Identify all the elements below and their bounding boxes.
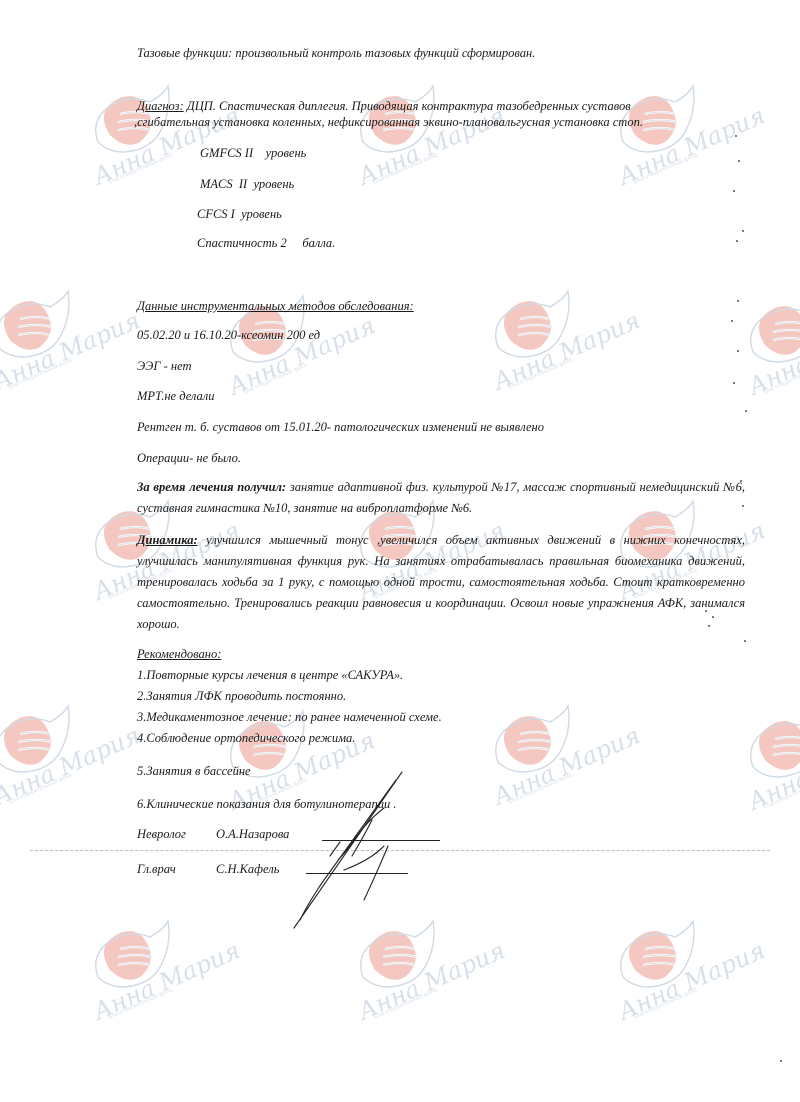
signature-role-neurologist: Невролог — [137, 826, 186, 842]
scan-speck — [780, 1060, 782, 1062]
recommended-heading: Рекомендовано: — [137, 646, 221, 662]
signature-name-chief-doctor: С.Н.Кафель — [216, 861, 279, 877]
instrumental-heading: Данные инструментальных методов обследов… — [137, 298, 414, 314]
dynamics-paragraph: Динамика: улучшился мышечный тонус ,увел… — [137, 530, 745, 635]
diagnosis-text-1: ДЦП. Спастическая диплегия. Приводящая к… — [184, 99, 631, 113]
scan-speck — [705, 610, 707, 612]
diagnosis-line-1: Диагноз: ДЦП. Спастическая диплегия. При… — [137, 98, 631, 114]
scan-speck — [736, 240, 738, 242]
recommendation-item: 1.Повторные курсы лечения в центре «САКУ… — [137, 667, 403, 683]
recommendation-item: 5.Занятия в бассейне — [137, 763, 251, 779]
instrumental-item: МРТ.не делали — [137, 388, 214, 404]
signature-role-chief-doctor: Гл.врач — [137, 861, 176, 877]
scan-speck — [744, 640, 746, 642]
watermark-logo-icon: Анна МарияБлаготворительный фонд — [480, 700, 630, 810]
watermark-logo-icon: Анна МарияБлаготворительный фонд — [345, 80, 495, 190]
instrumental-item: Операции- не было. — [137, 450, 241, 466]
scan-speck — [740, 480, 742, 482]
scan-speck — [737, 300, 739, 302]
treatment-paragraph: За время лечения получил: занятие адапти… — [137, 477, 745, 519]
spasticity-score: Спастичность 2 балла. — [197, 235, 335, 251]
scan-speck — [742, 230, 744, 232]
scan-speck — [733, 190, 735, 192]
recommendation-item: 3.Медикаментозное лечение: по ранее наме… — [137, 709, 442, 725]
scan-speck — [742, 505, 744, 507]
macs-level: MACS II уровень — [200, 176, 294, 192]
instrumental-item: 05.02.20 и 16.10.20-ксеомин 200 ед — [137, 327, 320, 343]
watermark-logo-icon: Анна МарияБлаготворительный фонд — [0, 700, 130, 810]
scan-speck — [733, 382, 735, 384]
watermark-logo-icon: Анна МарияБлаготворительный фонд — [735, 705, 800, 815]
watermark-logo-icon: Анна МарияБлаготворительный фонд — [605, 80, 755, 190]
handwritten-signature — [280, 760, 460, 940]
watermark-logo-icon: Анна МарияБлаготворительный фонд — [605, 915, 755, 1025]
scan-speck — [731, 320, 733, 322]
scan-speck — [738, 160, 740, 162]
watermark-logo-icon: Анна МарияБлаготворительный фонд — [80, 915, 230, 1025]
signature-name-neurologist: О.А.Назарова — [216, 826, 289, 842]
watermark-logo-icon: Анна МарияБлаготворительный фонд — [80, 80, 230, 190]
scan-speck — [737, 350, 739, 352]
instrumental-item: ЭЭГ - нет — [137, 358, 192, 374]
watermark-logo-icon: Анна МарияБлаготворительный фонд — [735, 290, 800, 400]
document-page: Анна МарияБлаготворительный фондАнна Мар… — [0, 0, 800, 1102]
pelvic-functions-text: Тазовые функции: произвольный контроль т… — [137, 45, 535, 61]
watermark-logo-icon: Анна МарияБлаготворительный фонд — [0, 285, 130, 395]
diagnosis-label: Диагноз: — [137, 99, 184, 113]
treatment-label: За время лечения получил: — [137, 480, 286, 494]
watermark-logo-icon: Анна МарияБлаготворительный фонд — [480, 285, 630, 395]
diagnosis-line-2: ,сгибательная установка коленных, нефикс… — [134, 114, 643, 130]
instrumental-item: Рентген т. б. суставов от 15.01.20- пато… — [137, 419, 544, 435]
gmfcs-level: GMFCS II уровень — [200, 145, 306, 161]
scan-speck — [735, 135, 737, 137]
recommendation-item: 2.Занятия ЛФК проводить постоянно. — [137, 688, 346, 704]
cfcs-level: CFCS I уровень — [197, 206, 282, 222]
dynamics-label: Динамика: — [137, 533, 198, 547]
scan-speck — [708, 625, 710, 627]
scan-speck — [712, 616, 714, 618]
scan-speck — [745, 410, 747, 412]
dynamics-text: улучшился мышечный тонус ,увеличился объ… — [137, 533, 745, 631]
recommendation-item: 4.Соблюдение ортопедического режима. — [137, 730, 355, 746]
